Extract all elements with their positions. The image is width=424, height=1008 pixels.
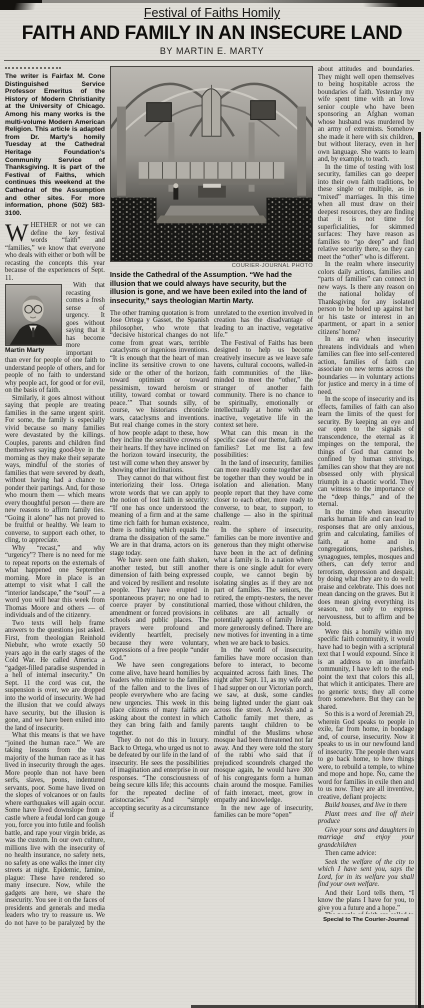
- paragraph: about attitudes and boundaries. They mig…: [318, 66, 414, 164]
- photo-credit: COURIER-JOURNAL PHOTO: [110, 263, 313, 269]
- paragraph: In the time when insecurity marks human …: [318, 509, 414, 629]
- paragraph: unrelated to the exertion involved in cr…: [214, 310, 313, 340]
- marty-photo-figure: Martin Marty: [5, 284, 62, 355]
- paragraph: Then came advice:: [318, 850, 414, 858]
- column-4-text: about attitudes and boundaries. They mig…: [318, 66, 414, 914]
- paragraph: In the time of testing with lost securit…: [318, 164, 414, 262]
- paragraph: What can this mean in the specific case …: [214, 430, 313, 460]
- paragraph: So this is a word of Jeremiah 29, wherei…: [318, 711, 414, 801]
- column-1: The writer is Fairfax M. Cone Distinguis…: [5, 66, 105, 928]
- kicker: Festival of Faiths Homily: [4, 6, 420, 20]
- editor-note: The writer is Fairfax M. Cone Distinguis…: [5, 73, 105, 217]
- paragraph: WHETHER or not we can define the key fes…: [5, 222, 105, 282]
- article-header: Festival of Faiths Homily FAITH AND FAMI…: [4, 0, 420, 61]
- paragraph: And their Lord tells them, “I know the p…: [318, 890, 414, 913]
- scan-smudge-top-left: [0, 0, 44, 10]
- paragraph: In the world of insecurity, families hav…: [214, 647, 313, 805]
- scan-edge-right: [418, 132, 421, 1008]
- paragraph: They do not do this in luxury. Back to O…: [110, 737, 209, 820]
- paragraph: In the land of insecurity, families can …: [214, 460, 313, 528]
- paragraph: Two texts will help frame answers to the…: [5, 620, 105, 733]
- article-body: The writer is Fairfax M. Cone Distinguis…: [0, 61, 424, 928]
- paragraph: What this means is that we have “joined …: [5, 732, 105, 928]
- newspaper-page: Festival of Faiths Homily FAITH AND FAMI…: [0, 0, 424, 1008]
- drop-cap: W: [5, 222, 31, 244]
- scripture-quote: Plant trees and live off their produce: [318, 811, 414, 826]
- dotted-rule: [5, 67, 61, 69]
- scan-shadow-right: [415, 140, 417, 1008]
- marty-portrait-photo: [5, 284, 62, 346]
- middle-section: COURIER-JOURNAL PHOTO Inside the Cathedr…: [110, 66, 313, 928]
- photo-caption: Inside the Cathedral of the Assumption. …: [110, 271, 313, 306]
- column-3: unrelated to the exertion involved in cr…: [214, 310, 313, 922]
- paragraph: Were this a homily within my specific fa…: [318, 629, 414, 712]
- scripture-quote: Build houses, and live in them: [318, 802, 414, 810]
- scripture-quote: Seek the welfare of the city to which I …: [318, 859, 414, 889]
- paragraph: We have seen congregations come alive, h…: [110, 662, 209, 737]
- paragraph: Similarly, it goes almost without saying…: [5, 395, 105, 545]
- paragraph: In the realm where insecurity colors dai…: [318, 261, 414, 336]
- column-4: about attitudes and boundaries. They mig…: [318, 66, 414, 928]
- paragraph: In an era when insecurity threatens indi…: [318, 336, 414, 396]
- byline: BY MARTIN E. MARTY: [4, 46, 420, 61]
- paragraph: The Festival of Faiths has been designed…: [214, 340, 313, 430]
- paragraph: They cannot do that without first interi…: [110, 475, 209, 558]
- marty-photo-caption: Martin Marty: [5, 347, 62, 355]
- paragraph: Why “recast,” and why “urgency”? There i…: [5, 545, 105, 620]
- paragraph: In the sphere of insecurity, families ca…: [214, 527, 313, 647]
- paragraph: In the scope of insecurity and its effec…: [318, 396, 414, 509]
- scan-smudge-top-right: [360, 0, 424, 7]
- column-2: The other framing quotation is from Jose…: [110, 310, 209, 922]
- cathedral-photo: [110, 66, 313, 262]
- headline: FAITH AND FAMILY IN AN INSECURE LAND: [4, 23, 420, 45]
- paragraph: The other framing quotation is from Jose…: [110, 310, 209, 475]
- middle-text-columns: The other framing quotation is from Jose…: [110, 310, 313, 922]
- paragraph: We have seen one faith shaken, another t…: [110, 557, 209, 662]
- paragraph: In the new age of insecurity, families c…: [214, 805, 313, 820]
- cathedral-photo-figure: COURIER-JOURNAL PHOTO Inside the Cathedr…: [110, 66, 313, 306]
- scripture-quote: Give your sons and daughters in marriage…: [318, 827, 414, 850]
- special-credit: Special to The Courier-Journal: [318, 914, 414, 929]
